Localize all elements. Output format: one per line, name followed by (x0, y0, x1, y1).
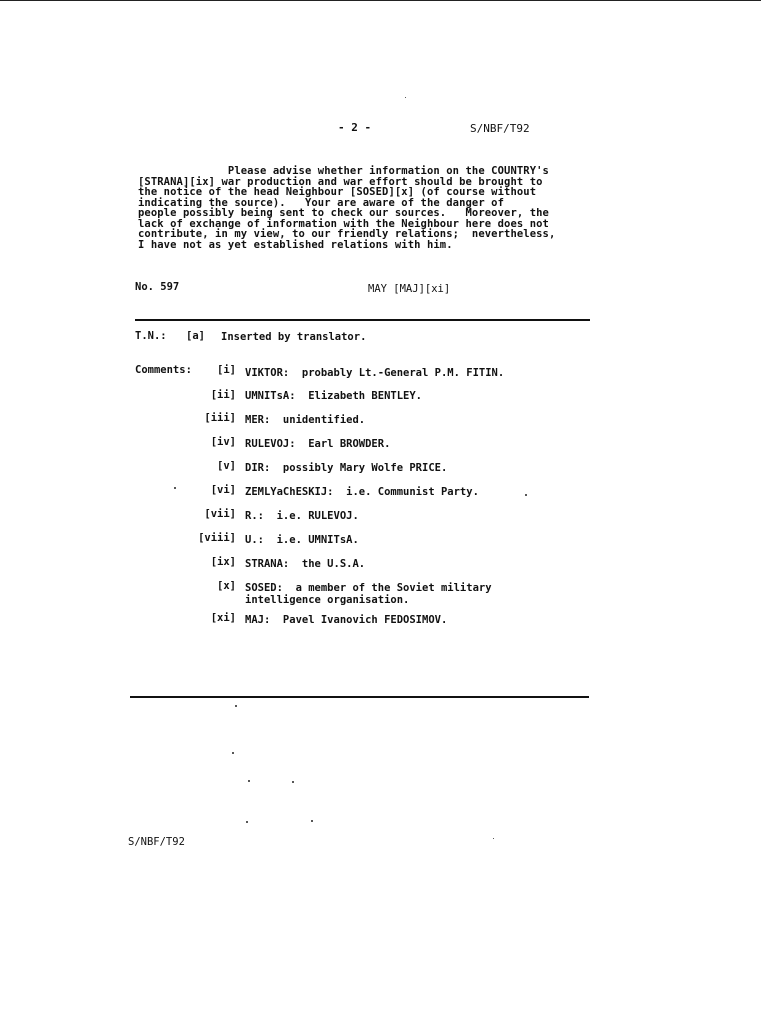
comment-number: [ix] (176, 556, 236, 568)
comment-number: [v] (176, 460, 236, 472)
footer-reference: S/NBF/T92 (128, 836, 185, 848)
comment-number: [vii] (176, 508, 236, 520)
translator-note-text: Inserted by translator. (221, 331, 366, 343)
scan-top-edge (0, 0, 761, 1)
divider-rule-top (135, 319, 590, 321)
comment-number: [iv] (176, 436, 236, 448)
message-number: No. 597 (135, 281, 179, 293)
translator-note-label: T.N.: (135, 330, 167, 342)
scan-speck (232, 752, 234, 754)
body-line: contribute, in my view, to our friendly … (138, 229, 555, 240)
divider-rule-bottom (130, 696, 589, 698)
comment-number: [i] (176, 364, 236, 376)
comment-number: [xi] (176, 612, 236, 624)
scan-speck (405, 97, 406, 98)
comment-text: MAJ: Pavel Ivanovich FEDOSIMOV. (245, 614, 447, 626)
comment-number: [viii] (176, 532, 236, 544)
translator-note-marker: [a] (186, 330, 205, 342)
scan-speck (246, 821, 248, 823)
message-body: Please advise whether information on the… (138, 166, 555, 250)
signature: MAY [MAJ][xi] (368, 283, 450, 295)
comment-number: [ii] (176, 389, 236, 401)
comment-text: RULEVOJ: Earl BROWDER. (245, 438, 390, 450)
scan-speck (292, 781, 294, 783)
comment-number: [vi] (176, 484, 236, 496)
body-line: the notice of the head Neighbour [SOSED]… (138, 187, 555, 198)
scan-speck (248, 780, 250, 782)
page-number: - 2 - (338, 121, 371, 134)
comment-number: [iii] (176, 412, 236, 424)
comment-text: DIR: possibly Mary Wolfe PRICE. (245, 462, 447, 474)
comment-text: SOSED: a member of the Soviet military i… (245, 582, 492, 606)
comment-text: VIKTOR: probably Lt.-General P.M. FITIN. (245, 367, 504, 379)
scan-speck (174, 487, 176, 489)
comment-text: U.: i.e. UMNITsA. (245, 534, 359, 546)
scan-speck (311, 820, 313, 822)
scan-speck (235, 705, 237, 707)
body-line: people possibly being sent to check our … (138, 208, 555, 219)
body-line: I have not as yet established relations … (138, 240, 555, 251)
comment-text: R.: i.e. RULEVOJ. (245, 510, 359, 522)
header-reference: S/NBF/T92 (470, 122, 530, 135)
comment-text: UMNITsA: Elizabeth BENTLEY. (245, 390, 422, 402)
scan-speck (493, 838, 494, 839)
comment-text: MER: unidentified. (245, 414, 365, 426)
scan-speck (525, 494, 527, 496)
comment-number: [x] (176, 580, 236, 592)
comment-text: STRANA: the U.S.A. (245, 558, 365, 570)
body-line: Please advise whether information on the… (138, 166, 555, 177)
comment-text: ZEMLYaChESKIJ: i.e. Communist Party. (245, 486, 479, 498)
